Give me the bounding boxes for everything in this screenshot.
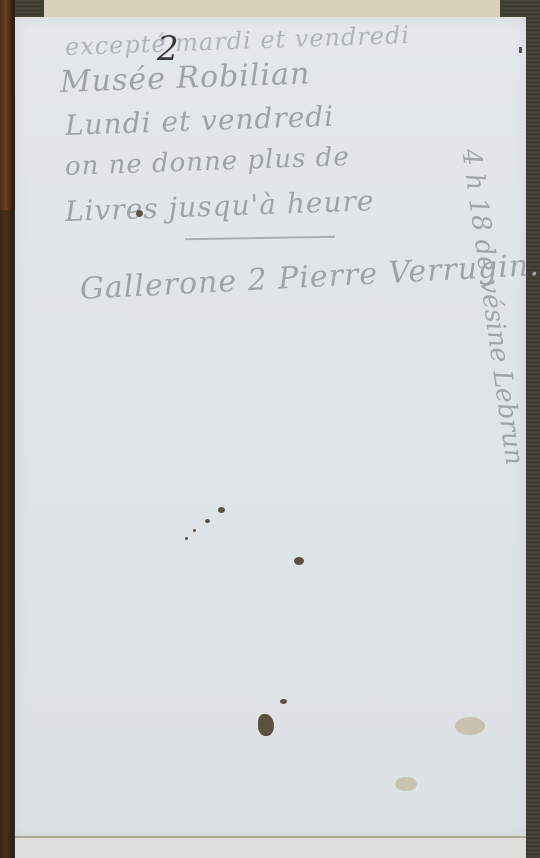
ink-spot xyxy=(218,507,225,513)
vertical-margin-note: 4 h 18 de vésine Lebrun xyxy=(455,147,529,467)
ink-blot xyxy=(258,714,274,736)
ink-spot xyxy=(280,699,287,704)
foxing-stain xyxy=(395,777,417,791)
handwritten-line-3: Lundi et vendredi xyxy=(64,100,334,142)
previous-page-edge xyxy=(44,0,500,18)
ink-spot xyxy=(185,537,188,540)
ink-spot xyxy=(193,529,196,532)
page-bottom-fold xyxy=(15,836,526,858)
handwritten-line-1: excepté mardi et vendredi xyxy=(65,21,411,61)
handwritten-line-5: Livres jusqu'à heure xyxy=(64,184,374,228)
ink-spot xyxy=(294,557,304,565)
pin-mark xyxy=(519,47,522,53)
ink-spot xyxy=(205,519,210,523)
handwritten-line-2: Musée Robilian xyxy=(59,56,310,100)
ink-spot xyxy=(136,210,143,217)
binding-spine-brown xyxy=(0,0,15,210)
foxing-stain xyxy=(455,717,485,735)
pencil-underline xyxy=(185,236,335,241)
handwritten-line-4: on ne donne plus de xyxy=(64,142,350,182)
notebook-page: 2 excepté mardi et vendredi Musée Robili… xyxy=(15,17,526,837)
